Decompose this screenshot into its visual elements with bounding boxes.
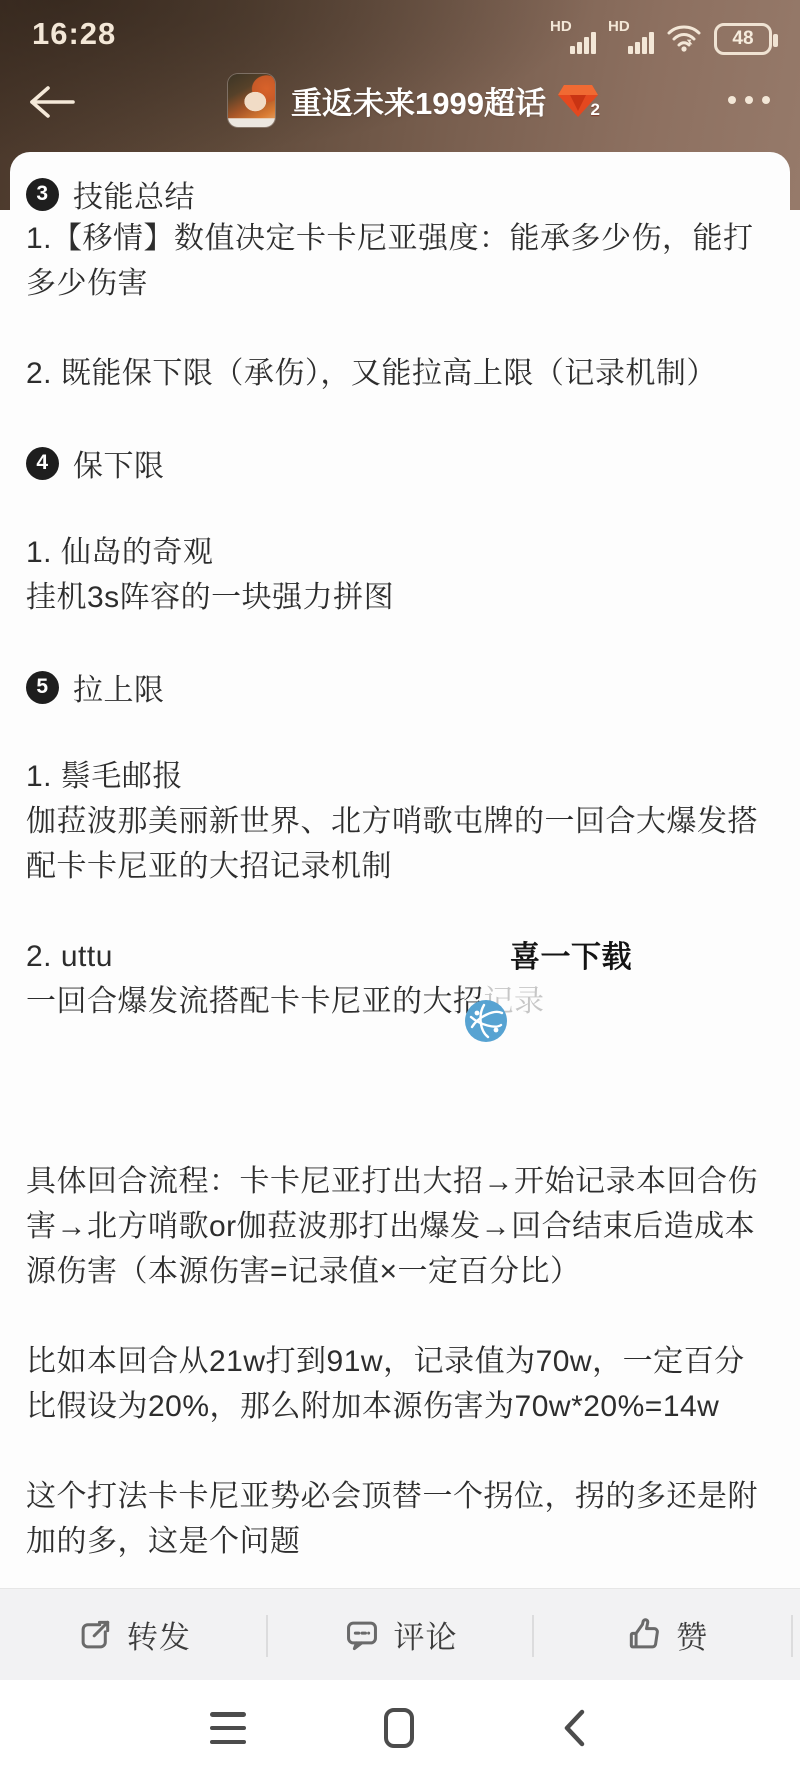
cell-signal-icon-2: HD — [608, 18, 654, 58]
comment-icon — [343, 1616, 381, 1654]
heading-text: 拉上限 — [73, 665, 165, 709]
comment-button[interactable]: 评论 — [267, 1589, 534, 1680]
share-label: 转发 — [127, 1612, 191, 1657]
avatar[interactable] — [228, 74, 275, 127]
hd-label: HD — [608, 18, 630, 35]
like-label: 赞 — [676, 1612, 708, 1657]
section-heading: 4 保下限 — [26, 441, 774, 485]
post-paragraph: 比如本回合从21w打到91w，记录值为70w，一定百分比假设为20%，那么附加本… — [26, 1339, 774, 1429]
circled-number-icon: 4 — [26, 447, 59, 480]
nav-home-icon[interactable] — [384, 1708, 414, 1748]
heading-text: 技能总结 — [73, 172, 195, 216]
nav-menu-icon[interactable] — [210, 1712, 246, 1744]
wifi-icon — [666, 21, 702, 55]
gem-badge-icon: 2 — [556, 82, 600, 120]
section-heading: 5 拉上限 — [26, 665, 774, 709]
share-icon — [76, 1616, 114, 1654]
watermark-text: 喜一下载 — [510, 935, 632, 980]
comment-label: 评论 — [394, 1612, 458, 1657]
clock: 16:28 — [32, 16, 116, 52]
post-paragraph-watermarked: 2. uttu 一回合爆发流搭配卡卡尼亚的大招记录 喜一下载 — [26, 934, 774, 1114]
share-button[interactable]: 转发 — [0, 1589, 267, 1680]
header: 重返未来1999超话 2 — [0, 70, 800, 140]
post-paragraph: 2. 既能保下限（承伤），又能拉高上限（记录机制） — [26, 351, 774, 396]
circled-number-icon: 5 — [26, 671, 59, 704]
post-paragraph: 1.【移情】数值决定卡卡尼亚强度：能承多少伤，能打多少伤害 — [26, 216, 774, 306]
battery-icon: 48 — [714, 23, 772, 55]
nav-back-icon[interactable] — [560, 1708, 588, 1748]
heading-text: 保下限 — [73, 441, 165, 485]
battery-percent: 48 — [732, 28, 753, 50]
supertopic-title-group[interactable]: 重返未来1999超话 2 — [228, 74, 600, 127]
thumbs-up-icon — [625, 1616, 663, 1654]
badge-level: 2 — [591, 100, 600, 120]
system-nav-bar — [0, 1680, 800, 1778]
more-menu-icon[interactable] — [728, 96, 770, 104]
back-arrow-icon[interactable] — [26, 80, 78, 124]
post-paragraph: 具体回合流程：卡卡尼亚打出大招→开始记录本回合伤害→北方哨歌or伽菈波那打出爆发… — [26, 1159, 774, 1294]
cell-signal-icon-1: HD — [550, 18, 596, 58]
post-paragraph: 1. 鬃毛邮报 伽菈波那美丽新世界、北方哨歌屯牌的一回合大爆发搭配卡卡尼亚的大招… — [26, 754, 774, 889]
post-card: 3 技能总结 1.【移情】数值决定卡卡尼亚强度：能承多少伤，能打多少伤害 2. … — [10, 152, 790, 1778]
paragraph-text: 2. uttu 一回合爆发流搭配卡卡尼亚的大招 — [26, 940, 484, 1018]
hd-label: HD — [550, 18, 572, 35]
page-title: 重返未来1999超话 — [291, 78, 546, 123]
action-bar: 转发 评论 赞 — [0, 1588, 800, 1680]
section-heading: 3 技能总结 — [26, 172, 774, 216]
like-button[interactable]: 赞 — [533, 1589, 800, 1680]
watermark-globe-icon — [464, 954, 508, 998]
phone-screen: 16:28 HD HD — [0, 0, 800, 1778]
post-paragraph: 这个打法卡卡尼亚势必会顶替一个拐位，拐的多还是附加的多，这是个问题 — [26, 1474, 774, 1564]
circled-number-icon: 3 — [26, 178, 59, 211]
post-paragraph: 1. 仙岛的奇观 挂机3s阵容的一块强力拼图 — [26, 530, 774, 620]
status-bar: 16:28 HD HD — [0, 14, 800, 58]
